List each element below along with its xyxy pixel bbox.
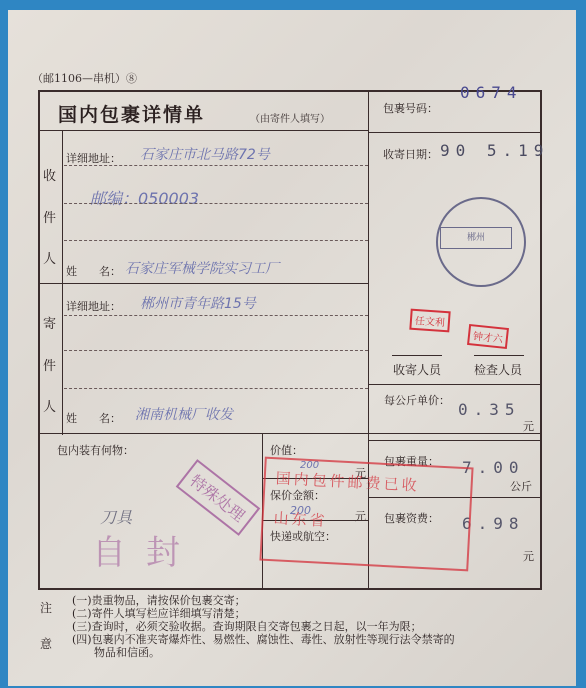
dotted-line: [64, 203, 368, 204]
self-seal-stamp: 自封: [92, 525, 200, 574]
note-item-4: (四)包裹内不准夹寄爆炸性、易燃性、腐蚀性、毒性、放射性等现行法令禁寄的: [72, 633, 552, 646]
dotted-line: [64, 350, 368, 351]
receiver-staff-label: 收寄人员: [393, 361, 441, 378]
sender-address-label: 详细地址：: [66, 298, 121, 314]
inspector-staff-label: 检查人员: [474, 361, 522, 378]
notes-list: (一)贵重物品，请按保价包裹交寄； (二)寄件人填写栏应详细填写清楚； (三)查…: [72, 594, 552, 659]
dotted-line: [64, 388, 368, 389]
receiver-name-stamp: 任文利: [409, 309, 450, 333]
date-value: 90 5.19: [440, 141, 549, 160]
sender-name-label: 姓 名：: [66, 410, 121, 426]
inspector-name-stamp: 钟才六: [467, 324, 509, 349]
unit-price-unit: 元: [523, 418, 534, 434]
form-code: （邮1106—串机）⑧: [32, 70, 137, 86]
notes-heading-bottom: 意: [40, 638, 52, 651]
divider: [38, 283, 368, 284]
form-subtitle: （由寄件人填写）: [250, 110, 330, 125]
notes-heading-top: 注: [40, 602, 52, 615]
recipient-side-label-2: 件: [43, 207, 56, 226]
postmark-date-box: 郴州: [440, 227, 512, 249]
dotted-line: [64, 315, 368, 316]
postage-paid-stamp-line1: 国内包件邮费已收: [275, 467, 420, 496]
parcel-number-value: 0674: [460, 83, 523, 102]
recipient-name-label: 姓 名：: [66, 263, 121, 279]
postage-unit: 元: [523, 548, 534, 564]
unit-price-label: 每公斤单价：: [384, 392, 450, 408]
dotted-line: [64, 240, 368, 241]
weight-unit: 公斤: [510, 478, 532, 494]
divider: [368, 132, 542, 133]
sender-side-label-1: 寄: [43, 313, 56, 332]
date-label: 收寄日期：: [383, 146, 438, 162]
note-item-2: (二)寄件人填写栏应详细填写清楚；: [72, 607, 552, 620]
divider: [368, 440, 542, 441]
sender-side-label-2: 件: [43, 355, 56, 374]
note-item-1: (一)贵重物品，请按保价包裹交寄；: [72, 594, 552, 607]
parcel-number-label: 包裹号码：: [383, 100, 438, 116]
recipient-postcode-value[interactable]: 邮编：050003: [90, 186, 199, 209]
recipient-address-value[interactable]: 石家庄市北马路72号: [140, 144, 270, 164]
postage-value: 6.98: [462, 514, 525, 533]
signature-line: [474, 355, 524, 356]
sender-side-label-3: 人: [43, 396, 56, 415]
note-item-3: (三)查询时，必须交验收据。查询期限自交寄包裹之日起，以一年为限；: [72, 620, 552, 633]
unit-price-value: 0.35: [458, 400, 521, 419]
postage-paid-stamp-line2: 山东省: [273, 507, 328, 531]
contents-label: 包内装有何物：: [57, 442, 134, 458]
divider: [368, 384, 542, 385]
signature-line: [392, 355, 442, 356]
postage-paid-stamp: 国内包件邮费已收 山东省: [259, 457, 473, 572]
divider: [38, 130, 368, 131]
note-item-5: 物品和信函。: [72, 646, 552, 659]
dotted-line: [64, 165, 368, 166]
divider: [38, 433, 542, 434]
recipient-side-label-1: 收: [43, 165, 56, 184]
recipient-side-label-3: 人: [43, 248, 56, 267]
recipient-address-label: 详细地址：: [66, 150, 121, 166]
sender-name-value[interactable]: 湘南机械厂收发: [135, 404, 233, 424]
value-label: 价值：: [270, 442, 303, 458]
form-title: 国内包裹详情单: [58, 100, 205, 127]
sender-address-value[interactable]: 郴州市青年路15号: [140, 293, 256, 313]
recipient-name-value[interactable]: 石家庄军械学院实习工厂: [125, 258, 279, 278]
